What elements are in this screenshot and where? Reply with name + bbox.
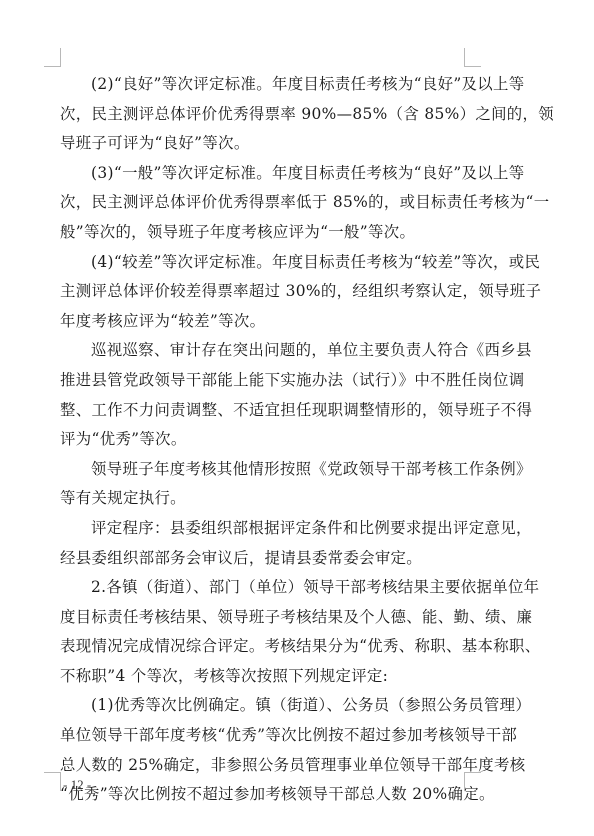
text-line: 年度考核应评为“较差”等次。 (60, 307, 464, 337)
crop-mark-top-left (44, 48, 61, 67)
paragraph-average-standard: (3)“一般”等次评定标准。年度目标责任考核为“良好”及以上等 次，民主测评总体… (60, 159, 464, 248)
paragraph-procedure: 评定程序：县委组织部根据评定条件和比例要求提出评定意见， 经县委组织部部务会审议… (60, 514, 464, 573)
text-line: 等有关规定执行。 (60, 484, 464, 514)
text-line: 经县委组织部部务会审议后，提请县委常委会审定。 (60, 544, 464, 574)
text-line: 巡视巡察、审计存在突出问题的，单位主要负责人符合《西乡县 (60, 336, 464, 366)
text-line: 推进县管党政领导干部能上能下实施办法（试行）》中不胜任岗位调 (60, 366, 464, 396)
crop-mark-top-right (464, 48, 481, 67)
paragraph-poor-standard: (4)“较差”等次评定标准。年度目标责任考核为“较差”等次，或民 主测评总体评价… (60, 248, 464, 337)
text-line: (4)“较差”等次评定标准。年度目标责任考核为“较差”等次，或民 (60, 248, 464, 278)
text-line: 度目标责任考核结果、领导班子考核结果及个人德、能、勤、绩、廉 (60, 603, 464, 633)
paragraph-other-cases: 领导班子年度考核其他情形按照《党政领导干部考核工作条例》 等有关规定执行。 (60, 455, 464, 514)
paragraph-excellent-ratio: (1)优秀等次比例确定。镇（街道）、公务员（参照公务员管理） 单位领导干部年度考… (60, 691, 464, 809)
text-line: 主测评总体评价较差得票率超过 30%的，经组织考察认定，领导班子 (60, 277, 464, 307)
crop-mark-bottom-left (44, 772, 61, 791)
text-line: (2)“良好”等次评定标准。年度目标责任考核为“良好”及以上等 (60, 70, 464, 100)
text-line: “优秀”等次比例按不超过参加考核领导干部总人数 20%确定。 (60, 780, 464, 810)
text-line: 般”等次的，领导班子年度考核应评为“一般”等次。 (60, 218, 464, 248)
text-line: 导班子可评为“良好”等次。 (60, 129, 464, 159)
document-body: (2)“良好”等次评定标准。年度目标责任考核为“良好”及以上等 次，民主测评总体… (60, 70, 464, 810)
text-line: 评定程序：县委组织部根据评定条件和比例要求提出评定意见， (60, 514, 464, 544)
text-line: 整、工作不力问责调整、不适宜担任现职调整情形的，领导班子不得 (60, 396, 464, 426)
text-line: 总人数的 25%确定，非参照公务员管理事业单位领导干部年度考核 (60, 751, 464, 781)
paragraph-good-standard: (2)“良好”等次评定标准。年度目标责任考核为“良好”及以上等 次，民主测评总体… (60, 70, 464, 159)
text-line: 评为“优秀”等次。 (60, 425, 464, 455)
text-line: (1)优秀等次比例确定。镇（街道）、公务员（参照公务员管理） (60, 691, 464, 721)
text-line: 不称职”4 个等次，考核等次按照下列规定评定: (60, 662, 464, 692)
crop-mark-bottom-right (464, 772, 481, 791)
page-number: - 12 - (63, 777, 91, 793)
text-line: (3)“一般”等次评定标准。年度目标责任考核为“良好”及以上等 (60, 159, 464, 189)
document-page: (2)“良好”等次评定标准。年度目标责任考核为“良好”及以上等 次，民主测评总体… (0, 0, 594, 836)
text-line: 单位领导干部年度考核“优秀”等次比例按不超过参加考核领导干部 (60, 721, 464, 751)
text-line: 表现情况完成情况综合评定。考核结果分为“优秀、称职、基本称职、 (60, 632, 464, 662)
text-line: 领导班子年度考核其他情形按照《党政领导干部考核工作条例》 (60, 455, 464, 485)
text-line: 2.各镇（街道）、部门（单位）领导干部考核结果主要依据单位年 (60, 573, 464, 603)
paragraph-inspection-issues: 巡视巡察、审计存在突出问题的，单位主要负责人符合《西乡县 推进县管党政领导干部能… (60, 336, 464, 454)
text-line: 次，民主测评总体评价优秀得票率 90%—85%（含 85%）之间的，领 (60, 100, 464, 130)
text-line: 次，民主测评总体评价优秀得票率低于 85%的，或目标责任考核为“一 (60, 188, 464, 218)
paragraph-cadre-results: 2.各镇（街道）、部门（单位）领导干部考核结果主要依据单位年 度目标责任考核结果… (60, 573, 464, 691)
